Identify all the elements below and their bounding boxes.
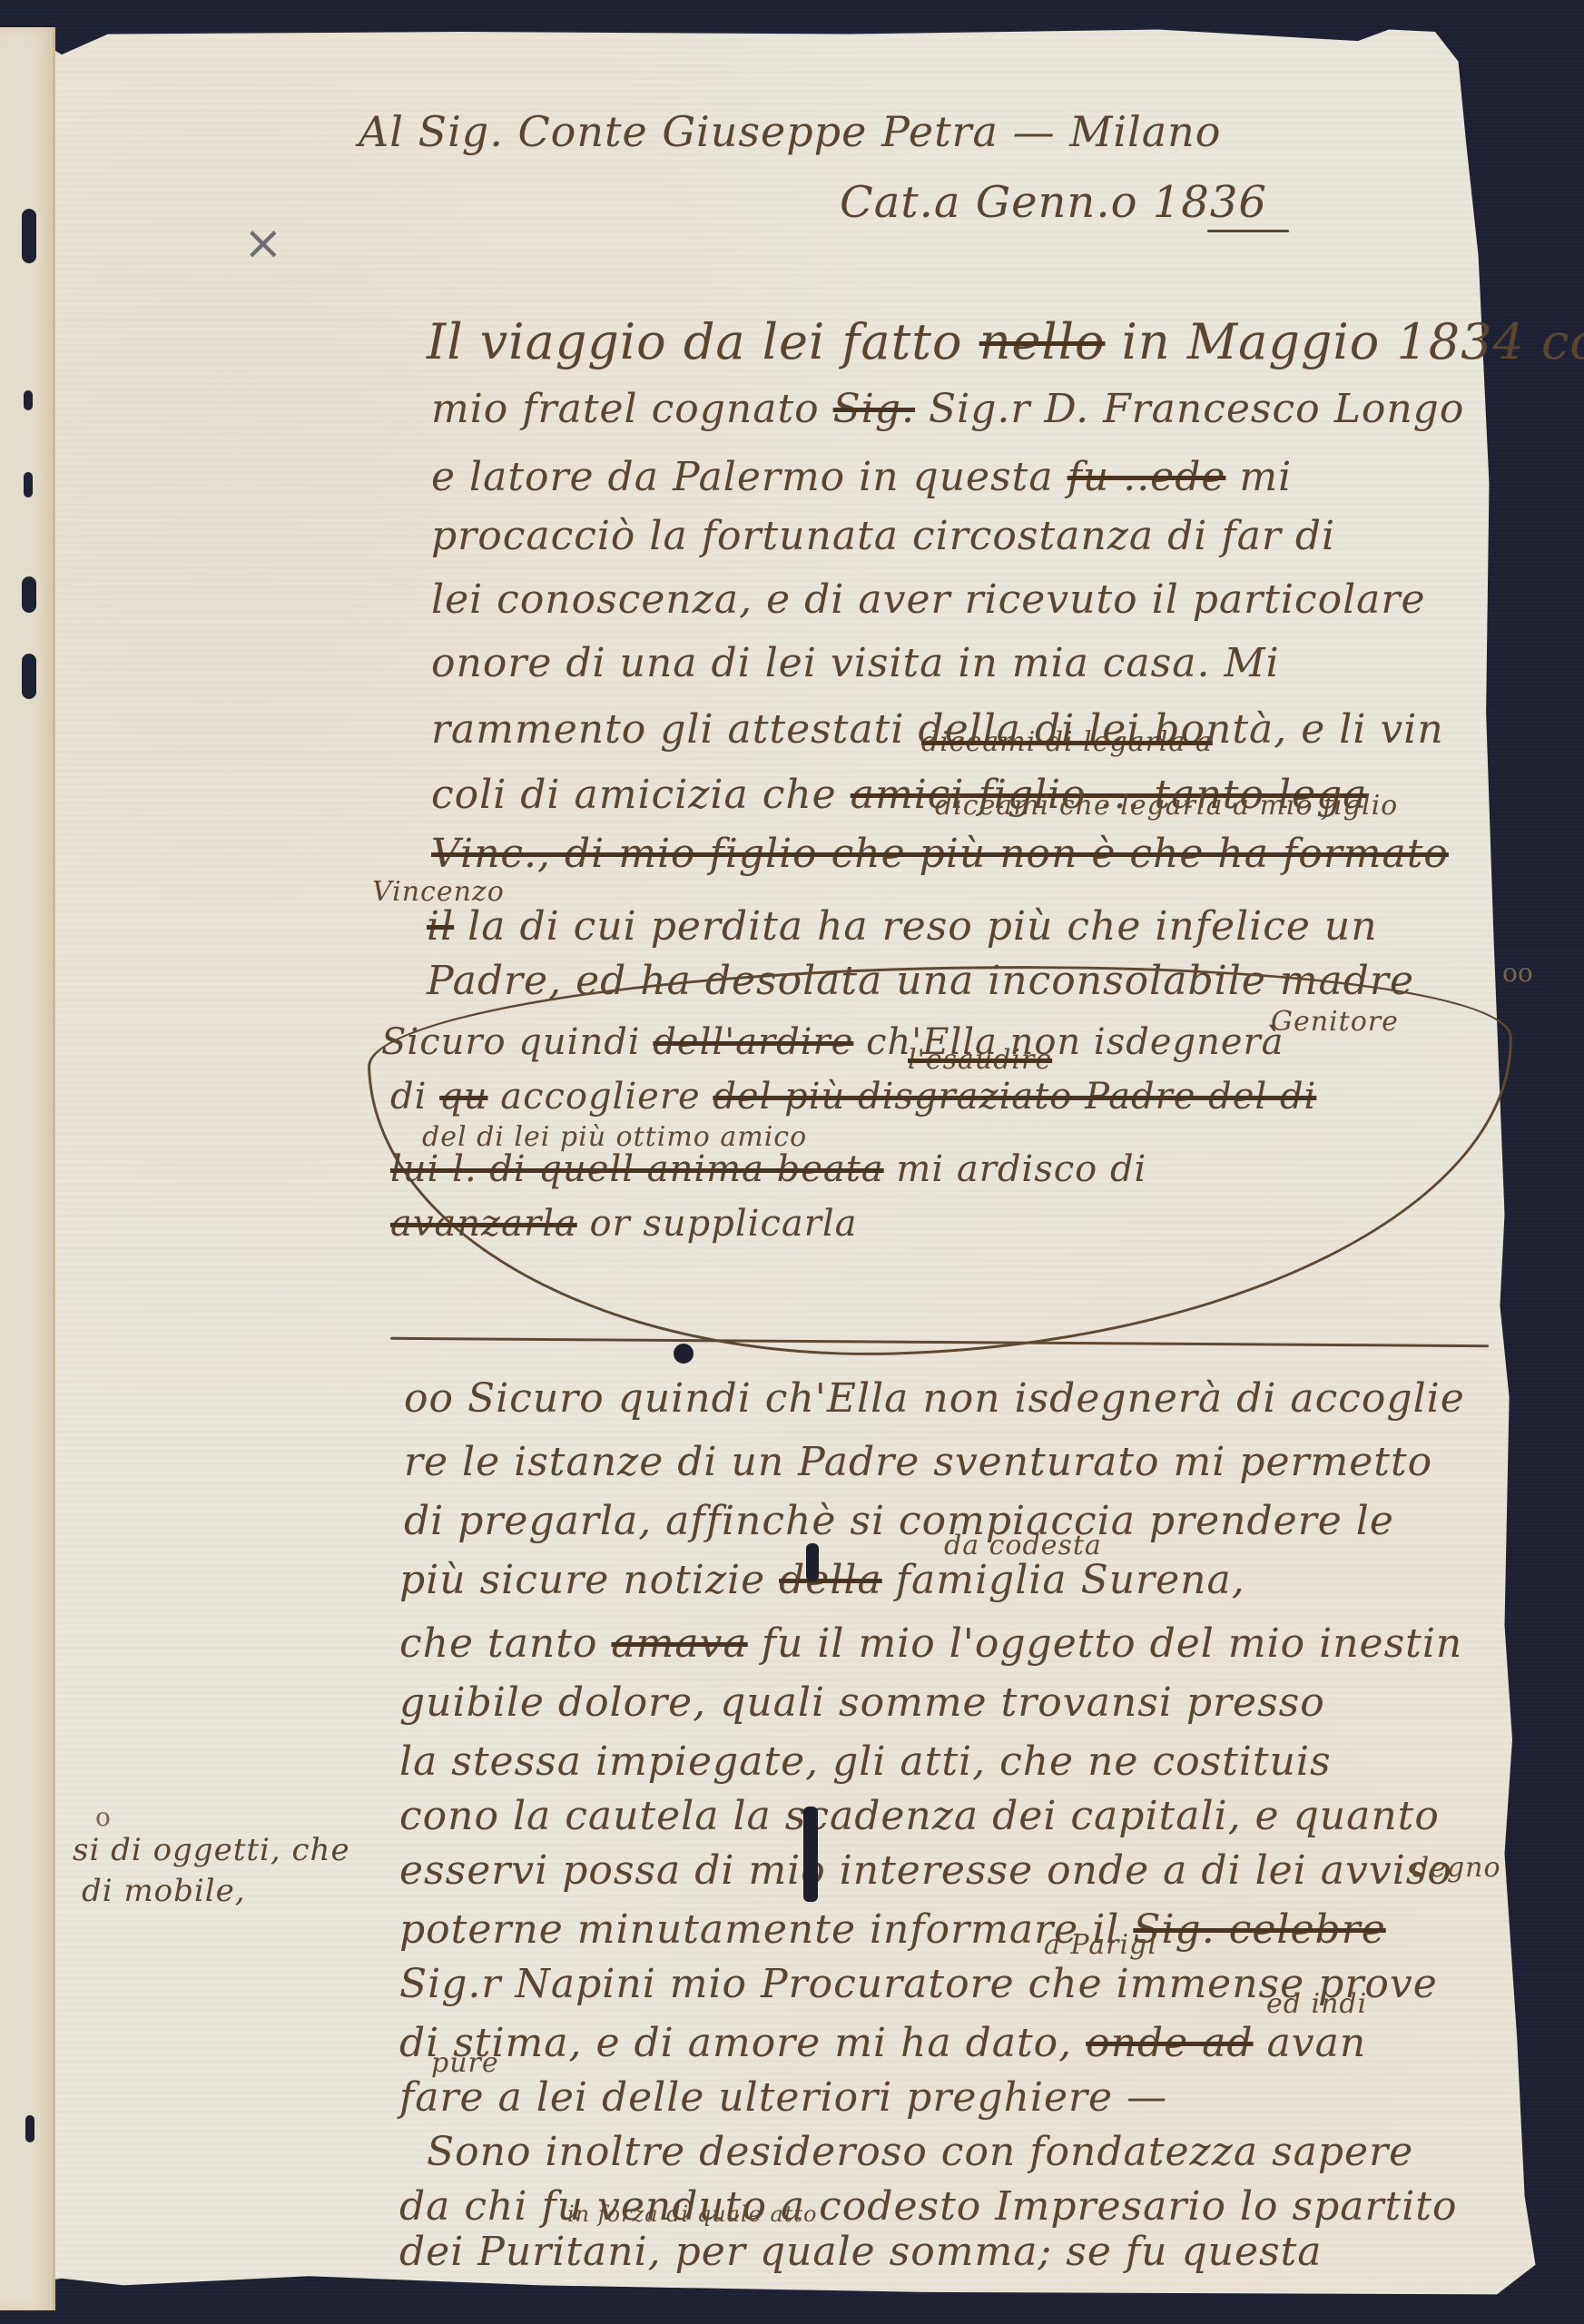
- cancelled-line: avanzarla or supplicarla: [390, 1203, 857, 1245]
- letter-line: di pregarla, affinchè si compiaccia pren…: [404, 1498, 1394, 1544]
- letter-line: Sono inoltre desideroso con fondatezza s…: [427, 2129, 1413, 2175]
- binding-hole: [24, 472, 33, 497]
- letter-line: dei Puritani, per quale somma; se fu que…: [399, 2229, 1323, 2275]
- cancelled-line: lui l. di quell anima beata mi ardisco d…: [390, 1148, 1146, 1190]
- struck-interlinear: diceami di legarla a: [921, 726, 1213, 758]
- letter-line: di stima, e di amore mi ha dato, onde ad…: [399, 2020, 1366, 2066]
- ink-blot: [806, 1543, 819, 1581]
- binding-hole: [22, 209, 36, 263]
- letter-line: esservi possa di mio interesse onde a di…: [399, 1847, 1452, 1894]
- letter-line: onore di una di lei visita in mia casa. …: [431, 640, 1280, 686]
- interlinear-insertion: Genitore: [1271, 1006, 1399, 1038]
- ink-blot: [803, 1807, 818, 1902]
- struck-line: Vinc., di mio figlio che più non è che h…: [431, 831, 1449, 877]
- ink-blot: [674, 1344, 694, 1364]
- cancelled-line: Sicuro quindi dell'ardire ch'Ella non is…: [381, 1021, 1284, 1063]
- letter-line: che tanto amava fu il mio l'oggetto del …: [399, 1620, 1462, 1667]
- letter-line: la stessa impiegate, gli atti, che ne co…: [399, 1738, 1332, 1785]
- insertion-mark: oo: [1502, 958, 1533, 988]
- cancelled-line: di qu accogliere del più disgraziato Pad…: [390, 1076, 1316, 1118]
- interlinear-insertion: a Parigi: [1044, 1929, 1157, 1961]
- struck-word: fu ..ede: [1067, 454, 1226, 500]
- place-date-line: Cat.a Genn.o 1836: [840, 177, 1267, 228]
- letter-line: da chi fu venduto a codesto Impresario l…: [399, 2183, 1457, 2230]
- letter-line: il la di cui perdita ha reso più che inf…: [427, 903, 1378, 950]
- letter-line: lei conoscenza, e di aver ricevuto il pa…: [431, 576, 1425, 623]
- interlinear-insertion: ed indi: [1266, 1988, 1367, 2020]
- struck-interlinear: l'esaudire: [908, 1044, 1052, 1076]
- letter-line: fare a lei delle ulteriori preghiere —: [399, 2074, 1167, 2121]
- addressee-line: Al Sig. Conte Giuseppe Petra — Milano: [359, 107, 1222, 156]
- letter-line: procacciò la fortunata circostanza di fa…: [431, 513, 1335, 559]
- binding-hole: [24, 390, 33, 410]
- binding-hole: [25, 2115, 34, 2142]
- interlinear-insertion: degno: [1412, 1852, 1501, 1884]
- letter-line: poterne minutamente informare il Sig. ce…: [399, 1906, 1386, 1953]
- struck-word: il: [427, 903, 454, 950]
- margin-note-line: si di oggetti, che: [73, 1832, 350, 1868]
- binding-hole: [22, 654, 36, 699]
- insertion-mark: o: [95, 1802, 111, 1832]
- letter-line: re le istanze di un Padre sventurato mi …: [404, 1439, 1432, 1485]
- struck-word: Sig.: [833, 386, 915, 432]
- pencil-cross-mark: ×: [243, 216, 283, 271]
- interlinear-insertion: diceami che legarla a mio figlio: [935, 790, 1398, 822]
- letter-line: mio fratel cognato Sig. Sig.r D. Frances…: [431, 386, 1464, 432]
- date-underline: [1207, 230, 1289, 232]
- letter-line: e latore da Palermo in questa fu ..ede m…: [431, 454, 1292, 500]
- letter-line: guibile dolore, quali somme trovansi pre…: [399, 1679, 1325, 1726]
- letter-line: più sicure notizie della famiglia Surena…: [399, 1557, 1245, 1603]
- interlinear-insertion: in forza di quale atto: [567, 2201, 818, 2227]
- margin-note-line: di mobile,: [82, 1873, 246, 1909]
- letter-line: cono la cautela la scadenza dei capitali…: [399, 1793, 1440, 1839]
- binding-hole: [22, 576, 36, 613]
- letter-line: Il viaggio da lei fatto nello in Maggio …: [427, 313, 1584, 370]
- letter-line: oo Sicuro quindi ch'Ella non isdegnerà d…: [404, 1375, 1465, 1422]
- struck-word: nello: [979, 313, 1106, 370]
- previous-page-edge: [0, 27, 55, 2310]
